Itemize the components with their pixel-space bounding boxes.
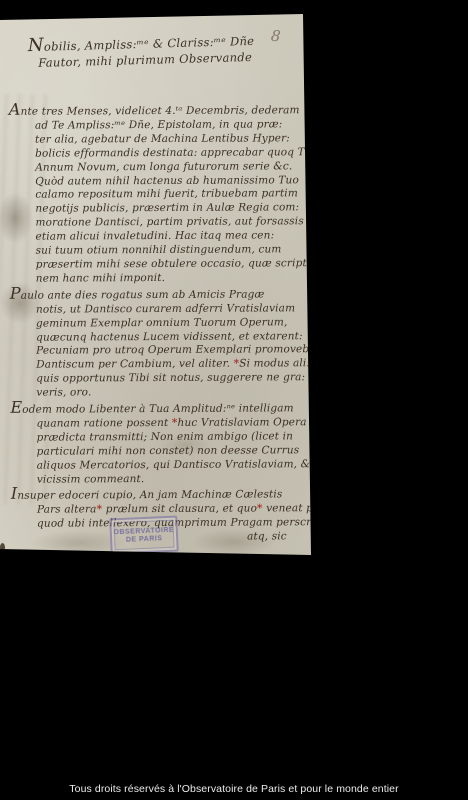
manuscript-line: quis opportunus Tibi sit notus, suggerer… bbox=[8, 371, 308, 386]
manuscript-line: præsertim mihi sese obtulere occasio, qu… bbox=[8, 257, 308, 272]
stamp-text: OBSERVATOIRE bbox=[113, 526, 174, 536]
manuscript-line: aliquos Mercatorios, qui Dantisco Vratis… bbox=[9, 458, 309, 473]
manuscript-line: ter alia, agebatur de Machina Lentibus H… bbox=[7, 132, 307, 147]
archive-stamp: OBSERVATOIRE DE PARIS bbox=[109, 516, 179, 555]
manuscript-line: Paulo ante dies rogatus sum ab Amicis Pr… bbox=[8, 285, 308, 303]
manuscript-line: quanam ratione possent *huc Vratislaviam… bbox=[8, 416, 308, 431]
salutation: Nobilis, Ampliss:ᵐᵉ & Clariss:ᵐᵉ Dñe Fau… bbox=[28, 32, 255, 71]
manuscript-line: Eodem modo Libenter à Tua Amplitud:ⁿᵉ in… bbox=[8, 399, 308, 417]
letter-body: Ante tres Menses, videlicet 4.ᵗᵃ Decembr… bbox=[7, 101, 309, 546]
manuscript-line: Ante tres Menses, videlicet 4.ᵗᵃ Decembr… bbox=[7, 101, 307, 119]
manuscript-line: prædicta transmitti; Non enim ambigo (li… bbox=[9, 430, 309, 445]
manuscript-line: sui tuum otium nonnihil distinguendum, c… bbox=[8, 243, 308, 258]
manuscript-paper-sheet: 8 Nobilis, Ampliss:ᵐᵉ & Clariss:ᵐᵉ Dñe F… bbox=[0, 14, 311, 560]
manuscript-line: bolicis efformandis destinata: apprecaba… bbox=[7, 146, 307, 161]
manuscript-line: notis, ut Dantisco curarem adferri Vrati… bbox=[8, 302, 308, 317]
manuscript-line: Insuper edoceri cupio, An jam Machinæ Cæ… bbox=[9, 486, 309, 504]
stamp-text: DE PARIS bbox=[126, 535, 163, 544]
copyright-caption: Tous droits réservés à l'Observatoire de… bbox=[0, 783, 468, 795]
manuscript-line: Annum Novum, cum longa futurorum serie &… bbox=[7, 160, 307, 175]
manuscript-line: geminum Exemplar omnium Tuorum Operum, bbox=[8, 316, 308, 331]
page-number: 8 bbox=[270, 27, 281, 46]
manuscript-line: ad Te Ampliss:ᵐᵉ Dñe, Epistolam, in qua … bbox=[7, 118, 307, 133]
manuscript-line: particulari mihi non constet) non deesse… bbox=[9, 444, 309, 459]
ink-spot bbox=[0, 543, 5, 552]
